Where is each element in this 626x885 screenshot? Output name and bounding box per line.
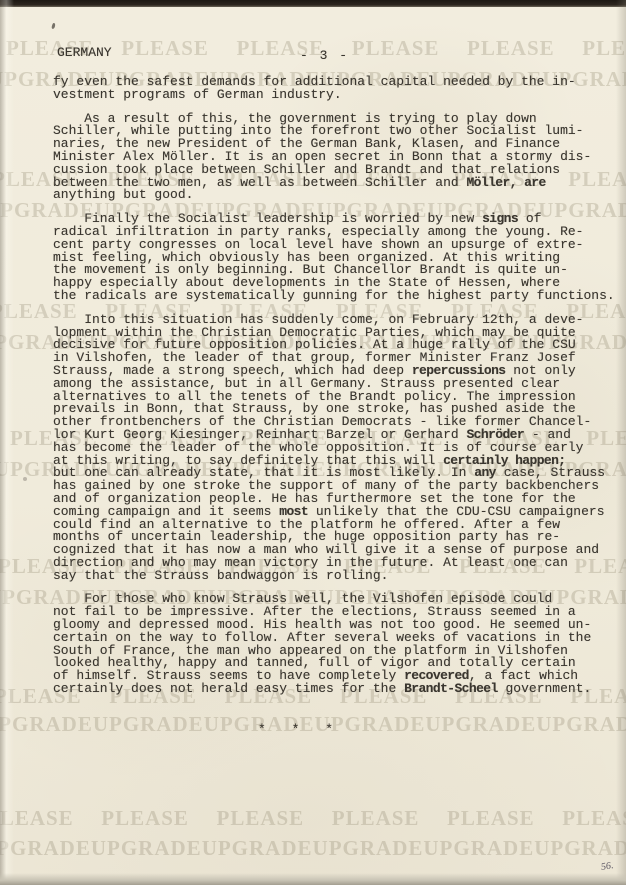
paper-speck [23, 477, 27, 481]
watermark-row: PLEASEPLEASEPLEASEPLEASEPLEASEPLEASE [0, 806, 626, 831]
watermark-word: UPGRADE [536, 712, 626, 737]
paragraph: Finally the Socialist leadership is worr… [53, 213, 623, 303]
watermark-word: UPGRADE [423, 836, 534, 861]
paragraph: For those who know Strauss well, the Vil… [53, 593, 623, 695]
scan-edge-right [616, 0, 626, 885]
text-line: say that the Strauss bandwaggon is rolli… [53, 570, 623, 583]
overstruck-text: Möller, are [466, 175, 545, 190]
watermark-word: UPGRADE [93, 712, 204, 737]
watermark-word: UPGRADE [202, 836, 313, 861]
paragraph: Into this situation has suddenly come, o… [53, 314, 623, 583]
document-body: fy even the safest demands for additiona… [53, 76, 623, 707]
watermark-word: PLEASE [467, 36, 555, 61]
text-line: certainly does not herald easy times for… [53, 683, 623, 696]
paragraph: fy even the safest demands for additiona… [53, 76, 623, 102]
scan-edge-top [0, 0, 626, 7]
header-section-label: GERMANY [57, 45, 112, 60]
overstruck-text: Brandt-Scheel [404, 681, 498, 696]
separator-asterisks: * * * [258, 722, 333, 737]
watermark-row: UPGRADEUPGRADEUPGRADEUPGRADEUPGRADEUPGRA… [0, 836, 626, 861]
watermark-word: PLEASE [101, 806, 189, 831]
watermark-word: PLEASE [352, 36, 440, 61]
document-page: PLEASEPLEASEPLEASEPLEASEPLEASEPLEASEUPGR… [0, 0, 626, 885]
watermark-word: UPGRADE [91, 836, 202, 861]
text-line: anything but good. [53, 189, 623, 202]
watermark-word: UPGRADE [313, 836, 424, 861]
scan-edge-left [0, 0, 14, 885]
scan-edge-bottom [0, 873, 626, 885]
watermark-word: PLEASE [447, 806, 535, 831]
handwritten-page-number: 56. [600, 860, 614, 873]
header-page-number: - 3 - [300, 48, 349, 63]
text-line: the radicals are systematically gunning … [53, 290, 623, 303]
watermark-word: PLEASE [332, 806, 420, 831]
paragraph: As a result of this, the government is t… [53, 113, 623, 203]
text-line: vestment programs of German industry. [53, 89, 623, 102]
watermark-word: PLEASE [121, 36, 209, 61]
watermark-word: PLEASE [217, 806, 305, 831]
watermark-word: UPGRADE [425, 712, 536, 737]
watermark-word: UPGRADE [534, 836, 626, 861]
